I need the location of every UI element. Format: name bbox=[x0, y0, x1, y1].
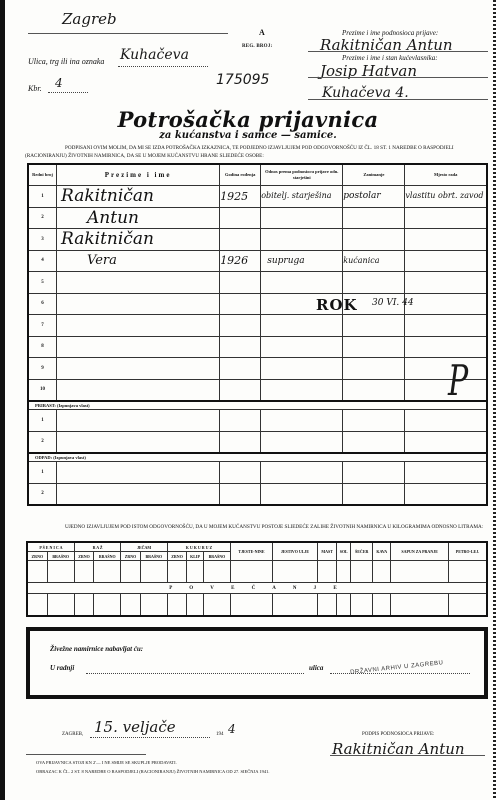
row-number: 4 bbox=[28, 250, 57, 272]
prirast-row: 1 bbox=[28, 410, 487, 432]
increase-cell[interactable] bbox=[167, 594, 186, 617]
relation-cell[interactable] bbox=[261, 358, 343, 380]
workplace-cell[interactable] bbox=[405, 272, 487, 294]
increase-cell[interactable] bbox=[272, 594, 317, 617]
year-handwritten: 4 bbox=[228, 722, 236, 736]
odpad-row: 1 bbox=[28, 462, 487, 484]
sub-corn-grain: ZRNO bbox=[167, 552, 186, 561]
price-note: OVA PRIJAVNICA STOJI KN 2'— I NE SMIJE S… bbox=[36, 760, 177, 765]
relation-cell[interactable] bbox=[261, 229, 343, 251]
occupation-cell[interactable] bbox=[343, 229, 405, 251]
prirast-label: PRIRAST: (Izpunjava vlast) bbox=[28, 401, 487, 410]
occupation-value: postolar bbox=[343, 191, 380, 201]
relation-value: supruga bbox=[261, 256, 304, 266]
reg-number-label: REG. BROJ: bbox=[242, 44, 272, 49]
supply-cell[interactable] bbox=[337, 561, 351, 583]
col-lard: MAST bbox=[317, 542, 336, 561]
occupation-cell[interactable] bbox=[343, 410, 405, 432]
table-row: 4 Vera 1926 supruga kućanica bbox=[28, 250, 487, 272]
col-coffee: KAVA bbox=[373, 542, 391, 561]
odpad-row: 2 bbox=[28, 483, 487, 505]
regulation-note: OBRAZAC K ČL. 2 ST. 8 NAREDBE O RASPODJE… bbox=[36, 769, 270, 774]
relation-cell[interactable] bbox=[261, 410, 343, 432]
workplace-cell[interactable] bbox=[405, 315, 487, 337]
row-number: 2 bbox=[28, 207, 57, 229]
name-cell[interactable]: Antun bbox=[57, 207, 220, 229]
table-row: 10 bbox=[28, 379, 487, 401]
date-handwritten: 15. veljače bbox=[94, 718, 176, 736]
row-number: 10 bbox=[28, 379, 57, 401]
footer-rule bbox=[26, 754, 146, 755]
supply-cell[interactable] bbox=[231, 561, 273, 583]
row-number: 2 bbox=[28, 431, 57, 453]
street-line bbox=[118, 66, 208, 67]
signature-label: PODPIS PODNOSIOCA PRIJAVE: bbox=[362, 732, 434, 737]
name-cell[interactable] bbox=[57, 379, 220, 401]
table-row: 5 bbox=[28, 272, 487, 294]
house-number-line bbox=[48, 92, 88, 93]
sub-barley-flour: BRAŠNO bbox=[140, 552, 167, 561]
street-label: Ulica, trg ili ina oznaka bbox=[28, 57, 104, 66]
workplace-cell[interactable] bbox=[405, 293, 487, 315]
year-prefix: 194 bbox=[216, 732, 224, 737]
table-row: 6 bbox=[28, 293, 487, 315]
supply-cell[interactable] bbox=[351, 561, 373, 583]
year-value: 1925 bbox=[220, 190, 248, 203]
persons-header-row: Redni broj Prezime i ime Godina rođenja … bbox=[28, 164, 487, 186]
year-cell[interactable]: 1926 bbox=[220, 250, 261, 272]
year-cell[interactable] bbox=[220, 358, 261, 380]
name-cell[interactable] bbox=[57, 483, 220, 505]
declaration-persons: Podpisani ovim molim, da mi se izda potr… bbox=[25, 144, 490, 160]
row-number: 2 bbox=[28, 483, 57, 505]
group-corn: K U K U R U Z bbox=[167, 542, 230, 552]
row-number: 1 bbox=[28, 410, 57, 432]
name-cell[interactable] bbox=[57, 462, 220, 484]
increase-cell[interactable] bbox=[140, 594, 167, 617]
workplace-value: vlastitu obrt. zavod bbox=[405, 191, 483, 200]
date-line bbox=[90, 737, 210, 738]
col-header-year: Godina rođenja bbox=[220, 164, 261, 186]
occupation-cell[interactable] bbox=[343, 315, 405, 337]
relation-value: obitelj. starješina bbox=[261, 191, 331, 200]
city-handwritten: Zagreb bbox=[62, 10, 117, 28]
name-cell[interactable] bbox=[57, 272, 220, 294]
increase-cell[interactable] bbox=[47, 594, 74, 617]
row-number: 3 bbox=[28, 229, 57, 251]
name-value: Rakitničan bbox=[57, 186, 154, 206]
odpad-section-row: ODPAD: (Izpunjava vlast) bbox=[28, 453, 487, 462]
table-row: 3 Rakitničan bbox=[28, 229, 487, 251]
name-cell[interactable]: Vera bbox=[57, 250, 220, 272]
increase-cell[interactable] bbox=[74, 594, 93, 617]
col-header-no: Redni broj bbox=[28, 164, 57, 186]
name-value: Vera bbox=[57, 253, 117, 268]
group-wheat: P Š E N I C A bbox=[27, 542, 74, 552]
supply-cell[interactable] bbox=[391, 561, 449, 583]
year-cell[interactable] bbox=[220, 315, 261, 337]
year-cell[interactable] bbox=[220, 293, 261, 315]
relation-cell[interactable] bbox=[261, 483, 343, 505]
year-cell[interactable] bbox=[220, 336, 261, 358]
house-number-value: 4 bbox=[55, 76, 63, 90]
year-cell[interactable] bbox=[220, 229, 261, 251]
workplace-cell[interactable] bbox=[405, 336, 487, 358]
row-number: 1 bbox=[28, 462, 57, 484]
workplace-cell[interactable] bbox=[405, 483, 487, 505]
occupation-cell[interactable]: postolar bbox=[343, 186, 405, 208]
name-value: Antun bbox=[57, 208, 139, 228]
reg-number-value: 175095 bbox=[216, 72, 269, 88]
col-salt: SOL bbox=[337, 542, 351, 561]
initial-mark: P bbox=[448, 357, 468, 406]
name-cell[interactable] bbox=[57, 358, 220, 380]
increase-cell[interactable] bbox=[231, 594, 273, 617]
increase-cell[interactable] bbox=[317, 594, 336, 617]
workplace-cell[interactable] bbox=[405, 358, 487, 380]
supply-cell[interactable] bbox=[47, 561, 74, 583]
workplace-cell[interactable] bbox=[405, 410, 487, 432]
occupation-cell[interactable] bbox=[343, 272, 405, 294]
year-cell[interactable] bbox=[220, 410, 261, 432]
workplace-cell[interactable] bbox=[405, 229, 487, 251]
relation-cell[interactable] bbox=[261, 207, 343, 229]
prirast-row: 2 bbox=[28, 431, 487, 453]
supply-source-heading: Živežne namirnice nabavljat ću: bbox=[50, 645, 143, 653]
year-value: 1926 bbox=[220, 254, 248, 267]
col-soap: SAPUN ZA PRANJE bbox=[391, 542, 449, 561]
supply-cell[interactable] bbox=[74, 561, 93, 583]
col-header-name: Prezime i ime bbox=[57, 164, 220, 186]
name-cell[interactable] bbox=[57, 431, 220, 453]
relation-cell[interactable] bbox=[261, 272, 343, 294]
house-number-label: Kbr. bbox=[28, 84, 42, 93]
relation-cell[interactable] bbox=[261, 315, 343, 337]
name-cell[interactable] bbox=[57, 336, 220, 358]
owner-label: Prezime i ime i stan kućevlasnika: bbox=[342, 54, 438, 62]
table-row: 7 bbox=[28, 315, 487, 337]
year-cell[interactable] bbox=[220, 379, 261, 401]
sub-corn-flour: BRAŠNO bbox=[203, 552, 230, 561]
increase-cell[interactable] bbox=[337, 594, 351, 617]
sub-rye-flour: BRAŠNO bbox=[94, 552, 121, 561]
increase-cell[interactable] bbox=[94, 594, 121, 617]
sub-corn-cob: KLIP bbox=[187, 552, 204, 561]
occupation-cell[interactable] bbox=[343, 336, 405, 358]
row-number: 6 bbox=[28, 293, 57, 315]
city-line bbox=[28, 33, 228, 34]
relation-cell[interactable] bbox=[261, 379, 343, 401]
name-cell[interactable] bbox=[57, 410, 220, 432]
series-letter: A bbox=[259, 28, 265, 37]
workplace-cell[interactable] bbox=[405, 462, 487, 484]
supply-cell[interactable] bbox=[140, 561, 167, 583]
occupation-value: kućanica bbox=[343, 256, 379, 265]
relation-cell[interactable] bbox=[261, 462, 343, 484]
col-pasta: TJESTE-NINE bbox=[231, 542, 273, 561]
workplace-cell[interactable] bbox=[405, 379, 487, 401]
increase-cell[interactable] bbox=[351, 594, 373, 617]
place-label: ZAGREB, bbox=[62, 732, 83, 737]
row-number: 9 bbox=[28, 358, 57, 380]
increase-cell[interactable] bbox=[391, 594, 449, 617]
supply-cell[interactable] bbox=[448, 561, 487, 583]
increase-cell[interactable] bbox=[187, 594, 204, 617]
row-number: 1 bbox=[28, 186, 57, 208]
supply-cell[interactable] bbox=[373, 561, 391, 583]
applicant-line bbox=[308, 51, 488, 52]
name-cell[interactable]: Rakitničan bbox=[57, 229, 220, 251]
sub-rye-grain: ZRNO bbox=[74, 552, 93, 561]
year-cell[interactable]: 1925 bbox=[220, 186, 261, 208]
supply-cell[interactable] bbox=[317, 561, 336, 583]
supply-cell[interactable] bbox=[27, 561, 47, 583]
declaration-supplies: Ujedno izjavljujem pod istom odgovornošć… bbox=[25, 523, 490, 531]
supply-cell[interactable] bbox=[187, 561, 204, 583]
occupation-cell[interactable]: kućanica bbox=[343, 250, 405, 272]
relation-cell[interactable]: obitelj. starješina bbox=[261, 186, 343, 208]
occupation-cell[interactable] bbox=[343, 358, 405, 380]
row-number: 7 bbox=[28, 315, 57, 337]
occupation-cell[interactable] bbox=[343, 483, 405, 505]
name-value: Rakitničan bbox=[57, 229, 154, 249]
workplace-cell[interactable]: vlastitu obrt. zavod bbox=[405, 186, 487, 208]
name-cell[interactable] bbox=[57, 293, 220, 315]
occupation-cell[interactable] bbox=[343, 207, 405, 229]
sub-wheat-flour: BRAŠNO bbox=[47, 552, 74, 561]
supplies-group-header: P Š E N I C A R A Ž JEČAM K U K U R U Z … bbox=[27, 542, 487, 552]
shop-input-line[interactable] bbox=[86, 673, 304, 674]
street-label-box: ulica bbox=[309, 664, 323, 672]
year-cell[interactable] bbox=[220, 431, 261, 453]
table-row: 1 Rakitničan 1925 obitelj. starješina po… bbox=[28, 186, 487, 208]
name-cell[interactable] bbox=[57, 315, 220, 337]
supply-cell[interactable] bbox=[272, 561, 317, 583]
form-subtitle: za kućanstva i samce — samice. bbox=[0, 130, 496, 141]
table-row: 9 bbox=[28, 358, 487, 380]
group-barley: JEČAM bbox=[121, 542, 168, 552]
supplies-values-row bbox=[27, 561, 487, 583]
year-cell[interactable] bbox=[220, 207, 261, 229]
prirast-section-row: PRIRAST: (Izpunjava vlast) bbox=[28, 401, 487, 410]
relation-cell[interactable]: supruga bbox=[261, 250, 343, 272]
increase-cell[interactable] bbox=[448, 594, 487, 617]
row-number: 8 bbox=[28, 336, 57, 358]
year-cell[interactable] bbox=[220, 462, 261, 484]
rok-stamp: ROK bbox=[316, 296, 358, 314]
owner-address-line bbox=[308, 99, 488, 100]
workplace-cell[interactable] bbox=[405, 431, 487, 453]
odpad-label: ODPAD: (Izpunjava vlast) bbox=[28, 453, 487, 462]
year-cell[interactable] bbox=[220, 272, 261, 294]
shop-label: U radnji bbox=[50, 664, 74, 672]
increase-section-row: P O V E Ć A N J E bbox=[27, 583, 487, 594]
increase-cell[interactable] bbox=[203, 594, 230, 617]
col-oil: JESTIVO ULJE bbox=[272, 542, 317, 561]
occupation-cell[interactable] bbox=[343, 462, 405, 484]
increase-label: P O V E Ć A N J E bbox=[27, 583, 487, 594]
supply-cell[interactable] bbox=[121, 561, 140, 583]
sub-barley-grain: ZRNO bbox=[121, 552, 140, 561]
year-cell[interactable] bbox=[220, 483, 261, 505]
increase-values-row bbox=[27, 594, 487, 617]
table-row: 8 bbox=[28, 336, 487, 358]
street-value: Kuhačeva bbox=[120, 47, 189, 63]
col-header-workplace: Mjesto rada bbox=[405, 164, 487, 186]
supply-cell[interactable] bbox=[167, 561, 186, 583]
rok-stamp-date: 30 VI. 44 bbox=[372, 298, 414, 308]
occupation-cell[interactable] bbox=[343, 431, 405, 453]
supply-cell[interactable] bbox=[203, 561, 230, 583]
workplace-cell[interactable] bbox=[405, 207, 487, 229]
sub-wheat-grain: ZRNO bbox=[27, 552, 47, 561]
occupation-cell[interactable] bbox=[343, 379, 405, 401]
increase-cell[interactable] bbox=[373, 594, 391, 617]
increase-cell[interactable] bbox=[121, 594, 140, 617]
name-cell[interactable]: Rakitničan bbox=[57, 186, 220, 208]
supply-cell[interactable] bbox=[94, 561, 121, 583]
signature-line bbox=[330, 755, 485, 756]
workplace-cell[interactable] bbox=[405, 250, 487, 272]
col-sugar: ŠEĆER bbox=[351, 542, 373, 561]
owner-name-line bbox=[308, 77, 488, 78]
row-number: 5 bbox=[28, 272, 57, 294]
col-header-relation: Odnos prema podnosiocu prijave odn. star… bbox=[261, 164, 343, 186]
form-title: Potrošačka prijavnica bbox=[0, 107, 496, 132]
col-header-occupation: Zanimanje bbox=[343, 164, 405, 186]
relation-cell[interactable] bbox=[261, 431, 343, 453]
persons-table: Redni broj Prezime i ime Godina rođenja … bbox=[27, 163, 488, 506]
group-rye: R A Ž bbox=[74, 542, 121, 552]
relation-cell[interactable] bbox=[261, 336, 343, 358]
supplies-table: P Š E N I C A R A Ž JEČAM K U K U R U Z … bbox=[26, 541, 488, 617]
col-petroleum: PETRO-LEJ. bbox=[448, 542, 487, 561]
increase-cell[interactable] bbox=[27, 594, 47, 617]
table-row: 2 Antun bbox=[28, 207, 487, 229]
